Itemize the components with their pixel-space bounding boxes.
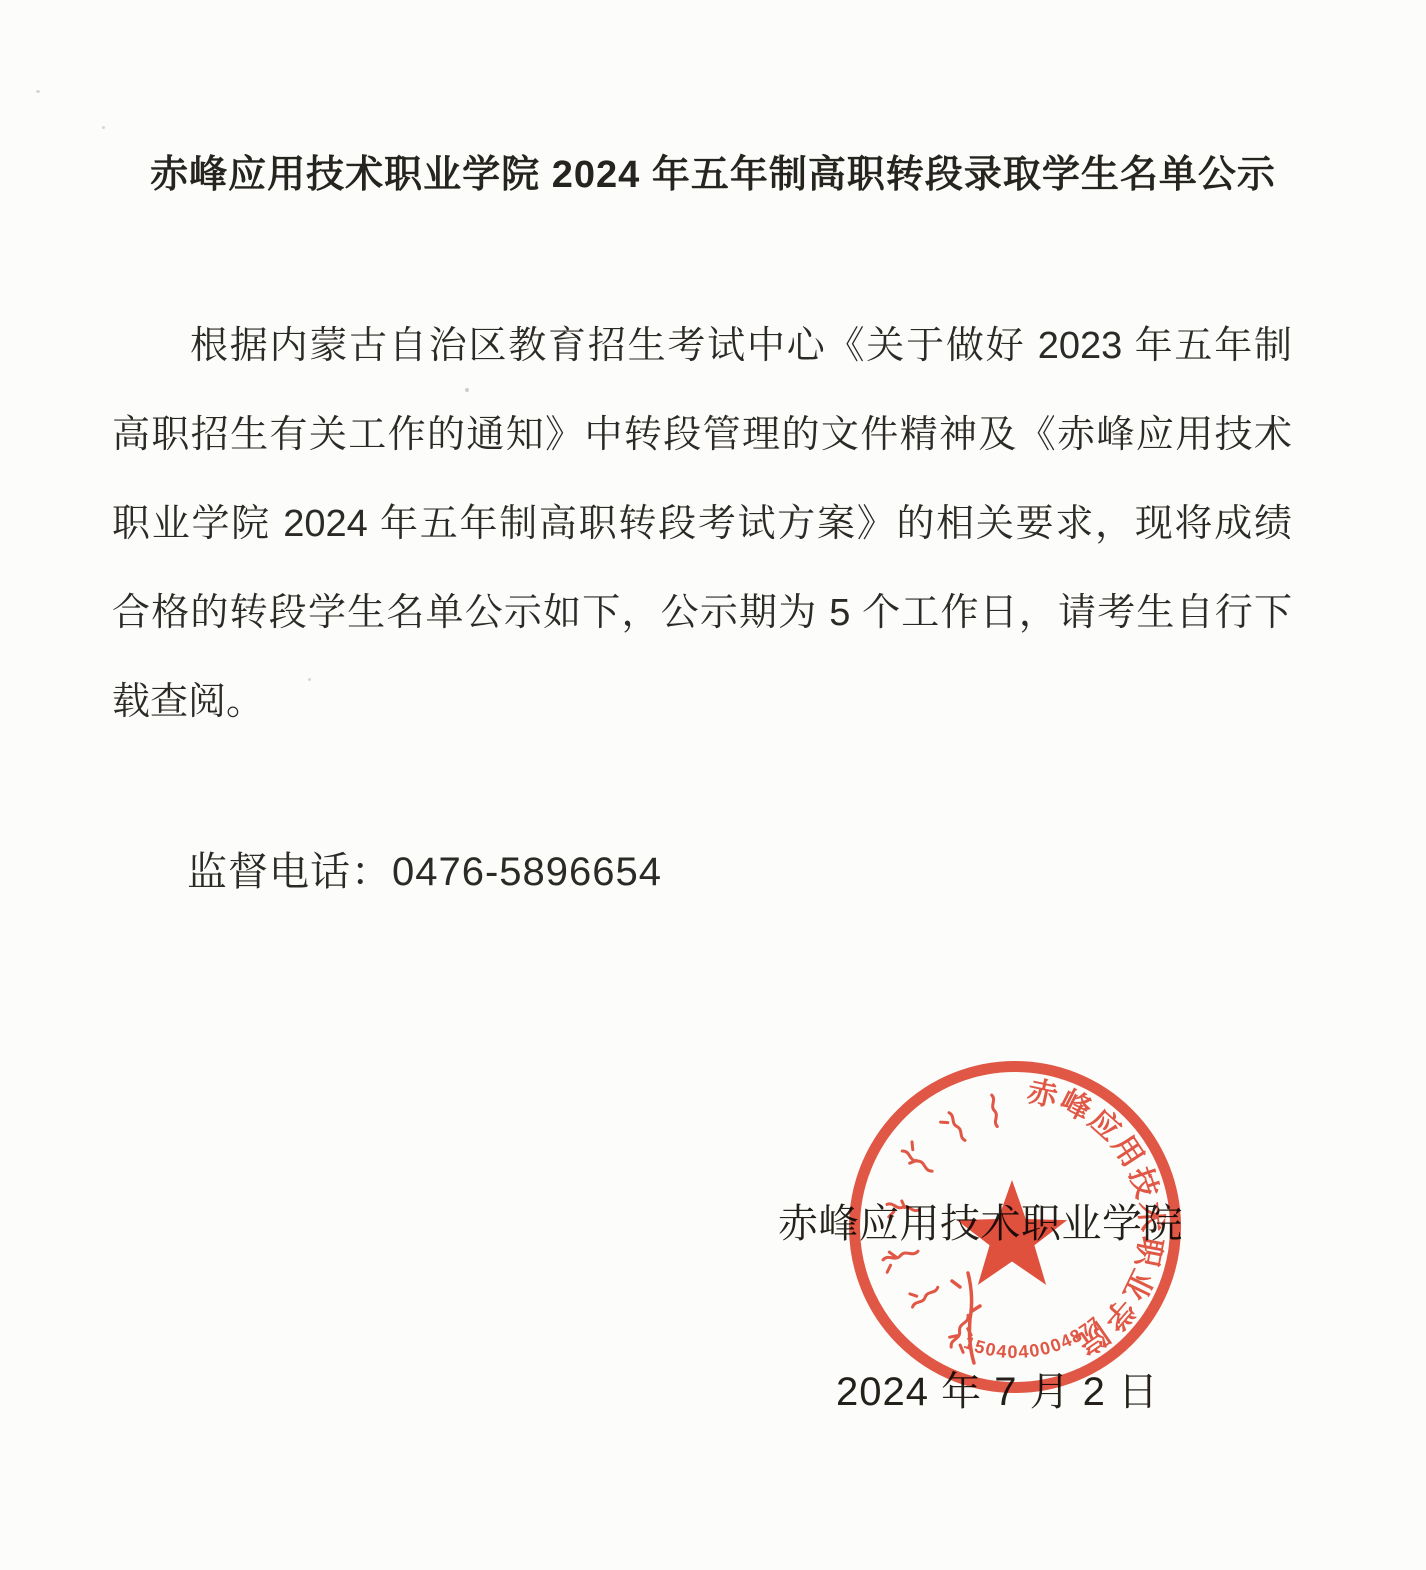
phone-label: 监督电话： — [187, 850, 392, 894]
star-icon — [957, 1180, 1067, 1285]
scan-speck — [308, 678, 311, 681]
paragraph-line: 职业学院 2024 年五年制高职转段考试方案》的相关要求，现将成绩 — [112, 480, 1292, 569]
paragraph-line: 根据内蒙古自治区教育招生考试中心《关于做好 2023 年五年制 — [112, 302, 1292, 391]
paragraph-line: 合格的转段学生名单公示如下，公示期为 5 个工作日，请考生自行下 — [112, 569, 1292, 658]
scan-speck — [465, 388, 469, 392]
supervision-phone-line: 监督电话：0476-5896654 — [187, 840, 662, 897]
document-title: 赤峰应用技术职业学院 2024 年五年制高职转段录取学生名单公示 — [63, 143, 1363, 198]
document-page: 赤峰应用技术职业学院 2024 年五年制高职转段录取学生名单公示 根据内蒙古自治… — [0, 0, 1426, 1570]
official-seal: 赤峰应用技术职业学院 1504040004877 — [839, 1051, 1191, 1403]
body-paragraph: 根据内蒙古自治区教育招生考试中心《关于做好 2023 年五年制 高职招生有关工作… — [112, 302, 1292, 747]
phone-number: 0476-5896654 — [392, 850, 662, 894]
scan-speck — [102, 126, 105, 129]
paragraph-line: 载查阅。 — [112, 658, 1292, 747]
paragraph-line: 高职招生有关工作的通知》中转段管理的文件精神及《赤峰应用技术 — [112, 391, 1292, 480]
scan-speck — [36, 90, 40, 93]
